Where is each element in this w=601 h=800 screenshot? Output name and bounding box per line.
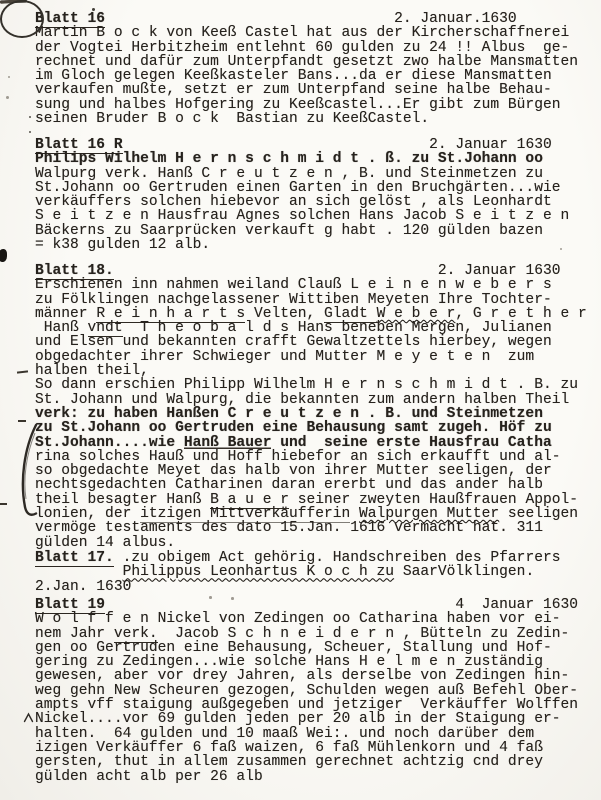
- text-run: = k38 gulden 12 alb.: [35, 237, 210, 253]
- margin-dash-icon: [17, 370, 28, 373]
- document-line: gewesen, aber vor drey Jahren, als derse…: [35, 669, 578, 683]
- margin-bracket-stroke-icon: [15, 421, 43, 525]
- document-line: zu Fölklingen nachgelassener Wittiben Me…: [35, 293, 587, 307]
- document-line: und Elsen und bekannten crafft Gewaltzet…: [35, 335, 587, 349]
- document-line: W o l f f e n Nickel von Zedingen oo Cat…: [35, 612, 578, 626]
- document-line: gersten, thut in allem zusammen gerechne…: [35, 755, 578, 769]
- document-line: rina solches Hauß und Hoff hiebefor an s…: [35, 450, 587, 464]
- document-line: = k38 gulden 12 alb.: [35, 238, 569, 252]
- text-run: gülden 14 albus.: [35, 535, 175, 551]
- document-line: Philippus Leonhartus K o c h zu SaarVölk…: [35, 565, 560, 579]
- paper-speck: [29, 116, 31, 118]
- document-line: Nickel....vor 69 gulden jeden per 20 alb…: [35, 712, 578, 726]
- document-line: verkaufen mußte, setzt er zum Unterpfand…: [35, 83, 578, 97]
- document-line: obgedachter ihrer Schwieger und Mutter M…: [35, 350, 587, 364]
- document-line: nem Jahr verk. Jacob S c h n e i d e r n…: [35, 627, 578, 641]
- document-line: zu St.Johann oo Gertruden eine Behausung…: [35, 421, 587, 435]
- document-line: seinen Bruder B o c k Bastian zu KeeßCas…: [35, 112, 578, 126]
- paper-speck: [560, 248, 562, 250]
- section-blatt-19: Blatt 19 4 Januar 1630W o l f f e n Nick…: [35, 598, 578, 784]
- document-line: der Vogtei Herbitzheim entlehnt 60 gulde…: [35, 41, 578, 55]
- paper-speck: [209, 596, 212, 599]
- margin-dash-icon: [0, 503, 7, 505]
- text-run: SaarVölklingen.: [394, 564, 534, 580]
- document-line: Erschienen inn nahmen weiland Clauß L e …: [35, 278, 587, 292]
- caret-mark-icon: [23, 712, 35, 723]
- text-run: seinen Bruder B o c k Bastian zu KeeßCas…: [35, 111, 429, 127]
- document-line: halten. 64 gulden und 10 maaß Wei:. und …: [35, 727, 578, 741]
- scanned-document-page: Blatt 16 2. Januar.1630Martin B o c k vo…: [0, 0, 601, 800]
- document-line: weg gehn New Scheuren gezogen, Schulden …: [35, 684, 578, 698]
- document-line: Philips Wilhelm H e r n s c h m i d t . …: [35, 152, 569, 166]
- section-blatt-18: Blatt 18. 2. Januar 1630Erschienen inn n…: [35, 264, 587, 550]
- document-line: vermöge testaments des dato 15.Jan. 1616…: [35, 521, 587, 535]
- section-blatt-16-r: Blatt 16 R 2. Januar 1630Philips Wilhelm…: [35, 138, 569, 252]
- document-line: S e i t z e n Hausfrau Agnes solchen Han…: [35, 209, 569, 223]
- paper-speck: [92, 8, 95, 11]
- document-line: Martin B o c k von Keeß Castel hat aus d…: [35, 26, 578, 40]
- document-line: St.Johann....wie Hanß Bauer und seine er…: [35, 436, 587, 450]
- paper-speck: [29, 131, 31, 133]
- underlined-name: Philippus Leonhartus K o c h zu: [123, 564, 395, 580]
- document-line: theil besagter Hanß B a u e r seiner zwe…: [35, 493, 587, 507]
- paper-speck: [6, 96, 9, 99]
- document-line: St. Johann und Walpurg, die bekannten zu…: [35, 393, 587, 407]
- document-line: nechtsgedachten Catharinen daran ererbt …: [35, 478, 587, 492]
- section-blatt-17: Blatt 17. .zu obigem Act gehörig. Handsc…: [35, 551, 560, 594]
- handwritten-circle-fragment-icon: [0, 0, 44, 38]
- document-line: So dann erschien Philipp Wilhelm H e r n…: [35, 378, 587, 392]
- section-blatt-16: Blatt 16 2. Januar.1630Martin B o c k vo…: [35, 12, 578, 126]
- document-line: gülden 14 albus.: [35, 536, 587, 550]
- text-run: gülden acht alb per 26 alb: [35, 769, 263, 785]
- text-run: 2.Jan. 1630: [35, 579, 131, 595]
- paper-speck: [8, 76, 10, 78]
- ink-blot-icon: [0, 249, 7, 262]
- document-line: sung und halbes Hofgering zu Keeßcastel.…: [35, 98, 578, 112]
- paper-speck: [231, 597, 234, 600]
- document-line: gülden acht alb per 26 alb: [35, 770, 578, 784]
- document-line: Walpurg verk. Hanß C r e u t z e n , B. …: [35, 167, 569, 181]
- document-line: Bäckerns zu Saarprücken verkauft g habt …: [35, 224, 569, 238]
- document-line: 2.Jan. 1630: [35, 580, 560, 594]
